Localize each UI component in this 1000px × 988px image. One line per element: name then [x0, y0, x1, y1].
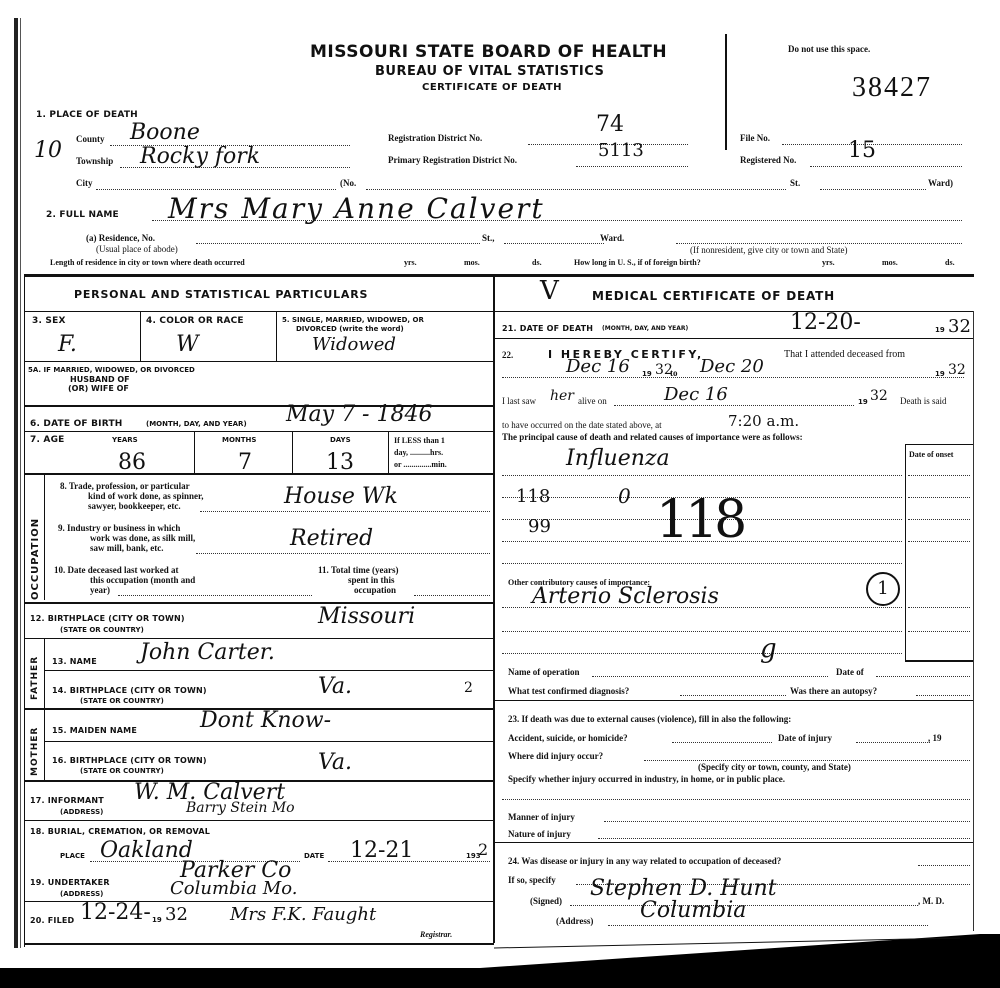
- registration-district-value[interactable]: 74: [596, 112, 624, 137]
- accident-label: Accident, suicide, or homicide?: [508, 733, 628, 743]
- birthplace-label: 12. BIRTHPLACE (CITY OR TOWN): [30, 614, 185, 623]
- father-birthplace-value[interactable]: Va.: [318, 674, 352, 699]
- birthplace-value[interactable]: Missouri: [318, 604, 415, 629]
- nature-injury-label: Nature of injury: [508, 829, 571, 839]
- medical-section-title: MEDICAL CERTIFICATE OF DEATH: [592, 289, 835, 303]
- spouse-label: 5A. IF MARRIED, WIDOWED, OR DIVORCED: [28, 366, 195, 374]
- registered-no-label: Registered No.: [740, 155, 796, 165]
- section-divider: [24, 274, 974, 277]
- contributory-circle-mark: 1: [866, 572, 900, 606]
- race-label: 4. COLOR OR RACE: [146, 316, 244, 326]
- age-months-value[interactable]: 7: [238, 450, 252, 475]
- township-value[interactable]: Rocky fork: [140, 144, 260, 169]
- marital-label: 5. SINGLE, MARRIED, WIDOWED, OR: [282, 316, 424, 324]
- ward-label: Ward): [928, 178, 953, 188]
- dob-label: 6. DATE OF BIRTH: [30, 419, 123, 429]
- primary-registration-label: Primary Registration District No.: [388, 155, 517, 165]
- autopsy-label: Was there an autopsy?: [790, 686, 877, 696]
- date-of-death-label: 21. DATE OF DEATH: [502, 324, 593, 333]
- attended-from-value[interactable]: Dec 16: [566, 356, 630, 377]
- occupation-side-label: OCCUPATION: [30, 518, 41, 600]
- where-injury-label: Where did injury occur?: [508, 751, 603, 761]
- operation-date-label: Date of: [836, 667, 864, 677]
- onset-date-label: Date of onset: [909, 450, 953, 459]
- sex-value[interactable]: F.: [58, 332, 77, 357]
- reserved-divider: [725, 34, 727, 150]
- cause-code-1: 118: [516, 486, 550, 507]
- foreign-birth-label: How long in U. S., if of foreign birth?: [574, 258, 701, 267]
- full-name-label: 2. FULL NAME: [46, 210, 119, 220]
- street-label: St.: [790, 178, 800, 188]
- time-of-death-value[interactable]: 7:20 a.m.: [728, 412, 799, 430]
- check-mark: V: [540, 276, 559, 306]
- injury-place-label: Specify whether injury occurred in indus…: [508, 774, 785, 784]
- place-of-death-label: 1. PLACE OF DEATH: [36, 110, 138, 120]
- maiden-name-label: 15. MAIDEN NAME: [52, 726, 137, 735]
- father-side-label: FATHER: [30, 656, 40, 700]
- manner-injury-label: Manner of injury: [508, 812, 575, 822]
- scan-edge-shadow: [0, 930, 1000, 988]
- mother-birthplace-value[interactable]: Va.: [318, 750, 352, 775]
- age-label: 7. AGE: [30, 435, 65, 445]
- registrar-signature[interactable]: Mrs F.K. Faught: [230, 904, 376, 925]
- residence-ward-label: Ward.: [600, 233, 624, 243]
- father-name-label: 13. NAME: [52, 657, 97, 666]
- maiden-name-value[interactable]: Dont Know-: [200, 708, 331, 733]
- date-of-death-value[interactable]: 12-20-: [790, 310, 861, 335]
- burial-date-value[interactable]: 12-21: [350, 838, 413, 863]
- residence-st-label: St.,: [482, 233, 495, 243]
- county-value[interactable]: Boone: [130, 120, 200, 145]
- marital-value[interactable]: Widowed: [312, 334, 396, 355]
- cause-code-2: 99: [528, 516, 551, 537]
- cause-code-3: 0: [618, 484, 631, 508]
- full-name-value[interactable]: Mrs Mary Anne Calvert: [168, 192, 545, 225]
- if-so-label: If so, specify: [508, 875, 556, 885]
- residence-sub: (Usual place of abode): [96, 244, 178, 254]
- cause-value[interactable]: Influenza: [566, 446, 670, 471]
- left-binding-edge: [14, 18, 18, 948]
- signed-label: (Signed): [530, 896, 562, 906]
- age-days-value[interactable]: 13: [326, 450, 354, 475]
- primary-registration-value[interactable]: 5113: [598, 140, 644, 161]
- father-note: 2: [464, 680, 473, 696]
- residence-length-label: Length of residence in city or town wher…: [50, 258, 245, 267]
- county-label: County: [76, 134, 105, 144]
- mother-birthplace-label: 16. BIRTHPLACE (CITY OR TOWN): [52, 756, 207, 765]
- undertaker-label: 19. UNDERTAKER: [30, 878, 110, 887]
- residence-label: (a) Residence, No.: [86, 233, 155, 243]
- city-label: City: [76, 178, 93, 188]
- date-of-death-year[interactable]: 32: [948, 316, 971, 337]
- last-seen-value[interactable]: Dec 16: [664, 384, 728, 405]
- burial-label: 18. BURIAL, CREMATION, OR REMOVAL: [30, 827, 210, 836]
- father-name-value[interactable]: John Carter.: [140, 640, 275, 665]
- file-no-label: File No.: [740, 133, 770, 143]
- column-divider: [493, 277, 495, 943]
- injury-date-label: Date of injury: [778, 733, 832, 743]
- certificate-number: 38427: [852, 72, 932, 104]
- street-no-label: (No.: [340, 178, 356, 188]
- operation-label: Name of operation: [508, 667, 580, 677]
- bureau-subtitle: BUREAU OF VITAL STATISTICS: [375, 64, 604, 79]
- industry-value[interactable]: Retired: [290, 526, 373, 551]
- race-value[interactable]: W: [176, 332, 199, 357]
- filed-date-value[interactable]: 12-24-: [80, 900, 151, 925]
- trade-value[interactable]: House Wk: [284, 484, 398, 509]
- cause-label: The principal cause of death and related…: [502, 432, 803, 442]
- township-label: Township: [76, 156, 113, 166]
- attended-to-value[interactable]: Dec 20: [700, 356, 764, 377]
- registration-district-label: Registration District No.: [388, 133, 482, 143]
- cause-code-4: 118: [656, 490, 743, 550]
- contributory-value[interactable]: Arterio Sclerosis: [532, 584, 719, 609]
- informant-address[interactable]: Barry Stein Mo: [186, 800, 295, 816]
- filed-label: 20. FILED: [30, 916, 74, 925]
- diagnosis-label: What test confirmed diagnosis?: [508, 686, 629, 696]
- mother-side-label: MOTHER: [30, 727, 40, 776]
- margin-note: 10: [34, 138, 62, 163]
- burial-date-label: DATE: [304, 852, 324, 860]
- burial-place-value[interactable]: Oakland: [100, 838, 193, 863]
- nonresident-note: (If nonresident, give city or town and S…: [690, 245, 847, 255]
- informant-label: 17. INFORMANT: [30, 796, 104, 805]
- dob-value[interactable]: May 7 - 1846: [286, 402, 432, 427]
- occupation-related-label: 24. Was disease or injury in any way rel…: [508, 856, 781, 866]
- registered-no-value[interactable]: 15: [848, 138, 876, 163]
- personal-section-title: PERSONAL AND STATISTICAL PARTICULARS: [74, 288, 368, 301]
- burial-place-label: PLACE: [60, 852, 85, 860]
- external-causes-label: 23. If death was due to external causes …: [508, 714, 791, 724]
- form-name: CERTIFICATE OF DEATH: [422, 82, 562, 93]
- left-border-line: [20, 18, 21, 948]
- father-birthplace-label: 14. BIRTHPLACE (CITY OR TOWN): [52, 686, 207, 695]
- age-years-value[interactable]: 86: [118, 450, 146, 475]
- physician-address[interactable]: Columbia: [640, 898, 746, 923]
- reserved-note: Do not use this space.: [788, 44, 870, 54]
- address-label: (Address): [556, 916, 593, 926]
- undertaker-address[interactable]: Columbia Mo.: [170, 878, 297, 899]
- certificate-title: MISSOURI STATE BOARD OF HEALTH: [310, 42, 667, 62]
- sex-label: 3. SEX: [32, 316, 66, 326]
